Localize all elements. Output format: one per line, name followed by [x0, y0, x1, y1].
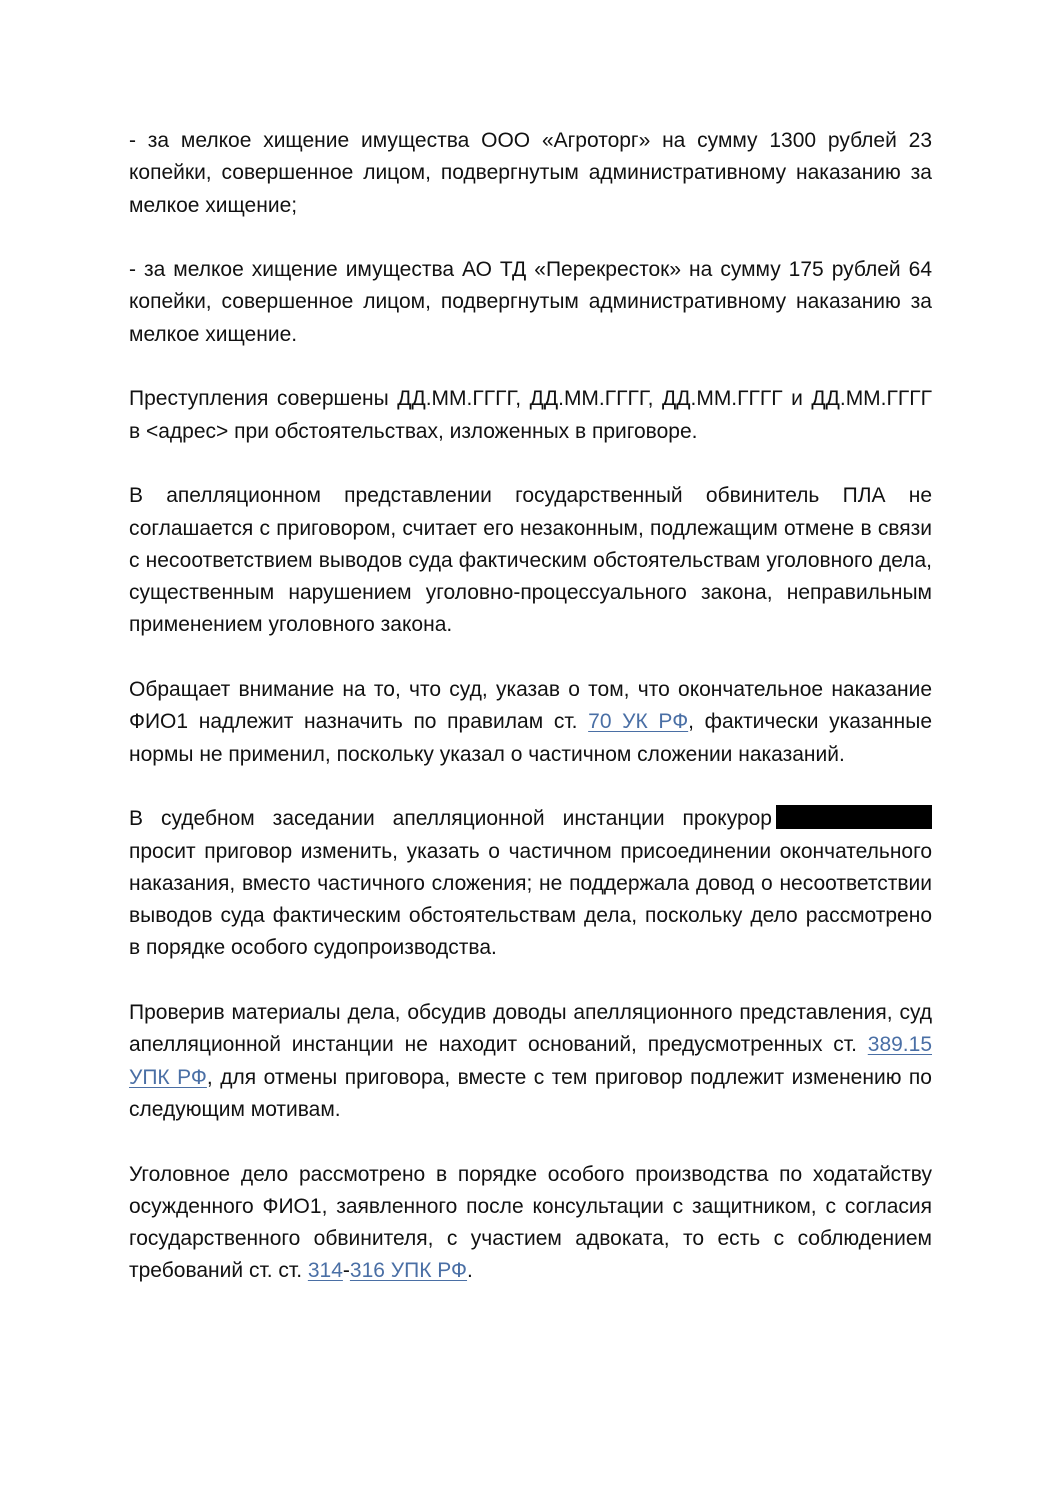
paragraph-case-review: Проверив материалы дела, обсудив доводы …: [129, 997, 932, 1126]
paragraph-text: Проверив материалы дела, обсудив доводы …: [129, 1001, 932, 1056]
link-separator: -: [343, 1259, 350, 1282]
link-article-70-uk-rf[interactable]: 70 УК РФ: [588, 710, 688, 733]
paragraph-court-attention: Обращает внимание на то, что суд, указав…: [129, 674, 932, 771]
redacted-name-block: [776, 805, 932, 829]
paragraph-theft-agrotorg: - за мелкое хищение имущества ООО «Агрот…: [129, 125, 932, 222]
link-article-314[interactable]: 314: [308, 1259, 343, 1282]
paragraph-text: просит приговор изменить, указать о част…: [129, 840, 932, 960]
paragraph-theft-perekrestok: - за мелкое хищение имущества АО ТД «Пер…: [129, 254, 932, 351]
paragraph-appeal-submission: В апелляционном представлении государств…: [129, 480, 932, 641]
document-page: - за мелкое хищение имущества ООО «Агрот…: [129, 125, 932, 1320]
paragraph-text: .: [467, 1259, 473, 1282]
paragraph-text: , для отмены приговора, вместе с тем при…: [129, 1066, 932, 1121]
paragraph-prosecutor-request: В судебном заседании апелляционной инста…: [129, 803, 932, 964]
paragraph-special-procedure: Уголовное дело рассмотрено в порядке осо…: [129, 1159, 932, 1288]
paragraph-text: Уголовное дело рассмотрено в порядке осо…: [129, 1163, 932, 1283]
paragraph-crime-dates: Преступления совершены ДД.ММ.ГГГГ, ДД.ММ…: [129, 383, 932, 448]
paragraph-text: В судебном заседании апелляционной инста…: [129, 807, 772, 830]
link-article-316-upk-rf[interactable]: 316 УПК РФ: [350, 1259, 467, 1282]
